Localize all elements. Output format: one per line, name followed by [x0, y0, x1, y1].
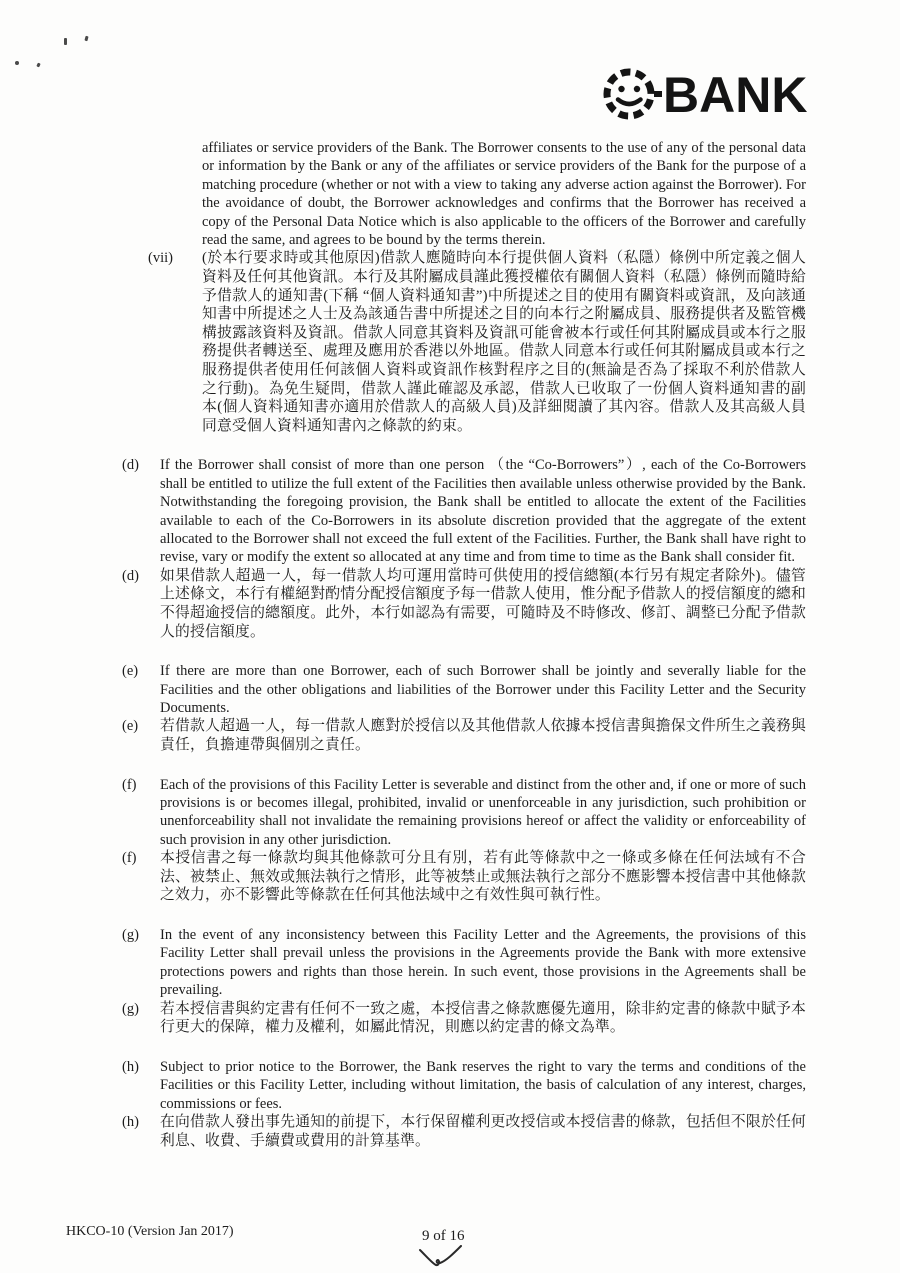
scan-artifact — [84, 36, 88, 42]
scan-artifact — [64, 38, 67, 45]
clause-g-zh: (g) 若本授信書與約定書有任何不一致之處，本授信書之條款應優先適用，除非約定書… — [122, 1000, 806, 1037]
clause-intro: affiliates or service providers of the B… — [148, 139, 806, 249]
clause-f-en: (f) Each of the provisions of this Facil… — [122, 776, 806, 850]
clause-e-zh: (e) 若借款人超過一人，每一借款人應對於授信以及其他借款人依據本授信書與擔保文… — [122, 717, 806, 754]
clause-d-en: (d) If the Borrower shall consist of mor… — [122, 456, 806, 566]
clause-g-zh-text: 若本授信書與約定書有任何不一致之處，本授信書之條款應優先適用，除非約定書的條款中… — [160, 1000, 806, 1037]
clause-f-zh: (f) 本授信書之每一條款均與其他條款可分且有別，若有此等條款中之一條或多條在任… — [122, 849, 806, 905]
clause-h-zh: (h) 在向借款人發出事先通知的前提下，本行保留權利更改授信或本授信書的條款，包… — [122, 1113, 806, 1150]
clause-e-zh-label: (e) — [122, 717, 160, 735]
document-body: affiliates or service providers of the B… — [0, 139, 900, 1150]
clause-e-en: (e) If there are more than one Borrower,… — [122, 662, 806, 717]
clause-h-en-text: Subject to prior notice to the Borrower,… — [160, 1058, 806, 1113]
clause-vii: (vii) (於本行要求時或其他原因)借款人應隨時向本行提供個人資料（私隱）條例… — [148, 249, 806, 435]
document-code: HKCO-10 (Version Jan 2017) — [66, 1224, 234, 1240]
clause-f-en-text: Each of the provisions of this Facility … — [160, 776, 806, 850]
clause-vii-text: (於本行要求時或其他原因)借款人應隨時向本行提供個人資料（私隱）條例中所定義之個… — [202, 249, 806, 435]
clause-g-en: (g) In the event of any inconsistency be… — [122, 926, 806, 1000]
bank-logo: BANK — [602, 64, 812, 124]
clause-h-zh-text: 在向借款人發出事先通知的前提下，本行保留權利更改授信或本授信書的條款，包括但不限… — [160, 1113, 806, 1150]
clause-g-zh-label: (g) — [122, 1000, 160, 1018]
clause-d-zh: (d) 如果借款人超過一人，每一借款人均可運用當時可供使用的授信總額(本行另有規… — [122, 567, 806, 641]
page-number: 9 of 16 — [422, 1228, 465, 1245]
smiley-face-icon — [602, 65, 658, 123]
clause-e-zh-text: 若借款人超過一人，每一借款人應對於授信以及其他借款人依據本授信書與擔保文件所生之… — [160, 717, 806, 754]
clause-f-zh-label: (f) — [122, 849, 160, 867]
scan-artifact — [36, 63, 40, 68]
clause-d-zh-label: (d) — [122, 567, 160, 585]
clause-f-zh-text: 本授信書之每一條款均與其他條款可分且有別，若有此等條款中之一條或多條在任何法域有… — [160, 849, 806, 905]
clause-d-en-label: (d) — [122, 456, 160, 474]
clause-g-en-text: In the event of any inconsistency betwee… — [160, 926, 806, 1000]
logo-dash — [654, 91, 662, 97]
clause-vii-label: (vii) — [148, 249, 202, 267]
bank-logo-text: BANK — [663, 67, 807, 123]
clause-e-en-text: If there are more than one Borrower, eac… — [160, 662, 806, 717]
clause-d-en-text: If the Borrower shall consist of more th… — [160, 456, 806, 566]
clause-e-en-label: (e) — [122, 662, 160, 680]
clause-h-en: (h) Subject to prior notice to the Borro… — [122, 1058, 806, 1113]
scan-artifact — [15, 61, 19, 65]
clause-f-en-label: (f) — [122, 776, 160, 794]
clause-h-en-label: (h) — [122, 1058, 160, 1076]
document-page: BANK affiliates or service providers of … — [0, 0, 900, 1273]
clause-d-zh-text: 如果借款人超過一人，每一借款人均可運用當時可供使用的授信總額(本行另有規定者除外… — [160, 567, 806, 641]
clause-g-en-label: (g) — [122, 926, 160, 944]
handwritten-tick-icon — [418, 1245, 464, 1273]
clause-intro-text: affiliates or service providers of the B… — [202, 139, 806, 249]
clause-h-zh-label: (h) — [122, 1113, 160, 1131]
